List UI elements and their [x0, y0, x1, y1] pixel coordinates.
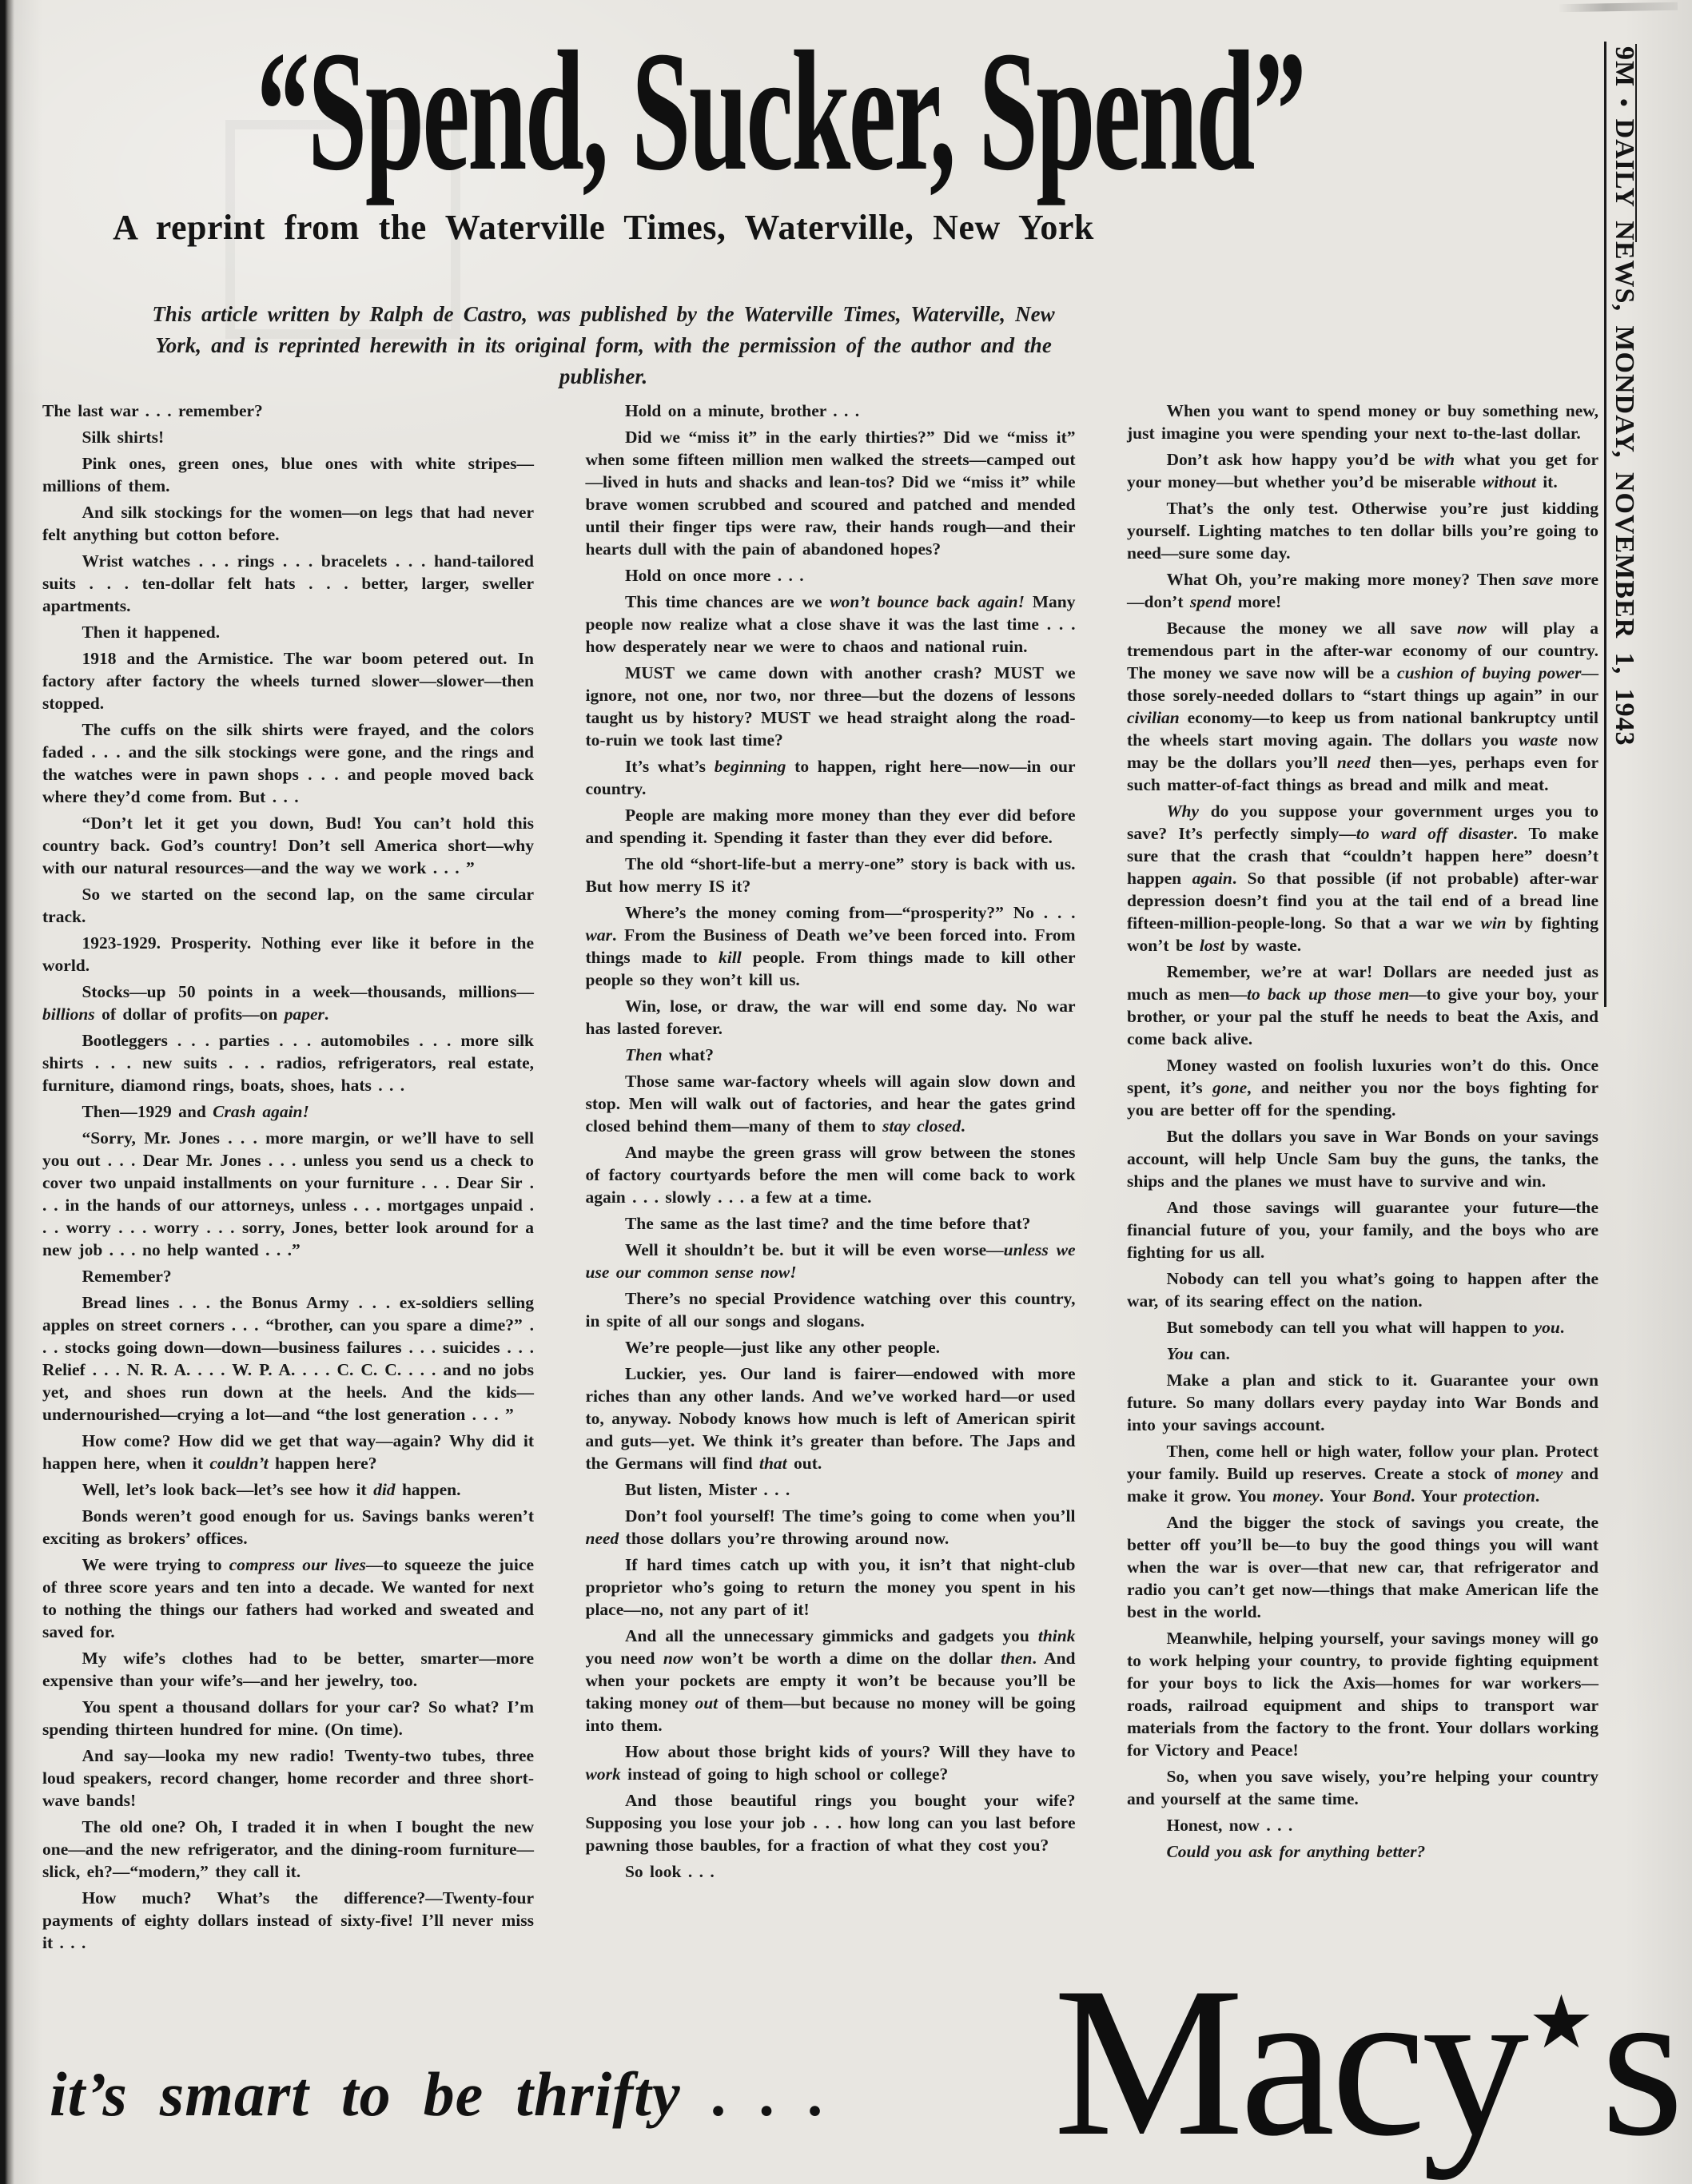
paragraph: And those savings will guarantee your fu… — [1127, 1196, 1598, 1263]
macys-logo-post: s — [1601, 1943, 1680, 2180]
macys-logo-pre: Macy — [1053, 1943, 1525, 2180]
paragraph: Hold on a minute, brother . . . — [586, 400, 1076, 422]
paragraph: And silk stockings for the women—on legs… — [42, 501, 534, 546]
scan-smudge-top-right — [1558, 2, 1678, 13]
paragraph: MUST we came down with another crash? MU… — [586, 662, 1076, 751]
paragraph: Honest, now . . . — [1127, 1814, 1598, 1836]
paragraph: The old “short-life-but a merry-one” sto… — [586, 853, 1076, 897]
paragraph: We’re people—just like any other people. — [586, 1336, 1076, 1359]
paragraph: My wife’s clothes had to be better, smar… — [42, 1647, 534, 1692]
paragraph: And those beautiful rings you bought you… — [586, 1789, 1076, 1856]
paragraph: Bonds weren’t good enough for us. Saving… — [42, 1505, 534, 1549]
paragraph: So look . . . — [586, 1860, 1076, 1883]
paragraph: Remember, we’re at war! Dollars are need… — [1127, 961, 1598, 1050]
paragraph: Don’t fool yourself! The time’s going to… — [586, 1505, 1076, 1549]
paragraph: How much? What’s the difference?—Twenty-… — [42, 1887, 534, 1954]
headline: “Spend, Sucker, Spend” — [257, 27, 950, 196]
paragraph: And all the unnecessary gimmicks and gad… — [586, 1625, 1076, 1736]
paragraph: Remember? — [42, 1265, 534, 1287]
ad-header: “Spend, Sucker, Spend” A reprint from th… — [44, 27, 1163, 392]
masthead-vertical: 9M•DAILY NEWS, MONDAY, NOVEMBER 1, 1943 — [1606, 46, 1639, 1005]
paragraph: Hold on once more . . . — [586, 564, 1076, 587]
paragraph: Well it shouldn’t be. but it will be eve… — [586, 1239, 1076, 1283]
article-column-1: The last war . . . remember?Silk shirts!… — [42, 400, 534, 1958]
paragraph: The same as the last time? and the time … — [586, 1212, 1076, 1235]
paragraph: Nobody can tell you what’s going to happ… — [1127, 1267, 1598, 1312]
paragraph: 1923-1929. Prosperity. Nothing ever like… — [42, 932, 534, 977]
tagline: it’s smart to be thrifty . . . — [50, 2063, 826, 2126]
article-column-2: Hold on a minute, brother . . .Did we “m… — [586, 400, 1076, 1958]
paragraph: And maybe the green grass will grow betw… — [586, 1141, 1076, 1208]
bullet-icon: • — [1610, 87, 1637, 119]
paragraph: Then what? — [586, 1044, 1076, 1066]
paragraph: Did we “miss it” in the early thirties?”… — [586, 426, 1076, 560]
paragraph: Why do you suppose your government urges… — [1127, 800, 1598, 957]
paragraph: But listen, Mister . . . — [586, 1478, 1076, 1501]
paragraph: So, when you save wisely, you’re helping… — [1127, 1765, 1598, 1810]
macys-logo: Macy★s — [1053, 1955, 1680, 2169]
paragraph: What Oh, you’re making more money? Then … — [1127, 568, 1598, 613]
paragraph: “Sorry, Mr. Jones . . . more margin, or … — [42, 1127, 534, 1261]
macys-star-icon: ★ — [1528, 1986, 1594, 2059]
paragraph: Stocks—up 50 points in a week—thousands,… — [42, 981, 534, 1025]
paragraph: When you want to spend money or buy some… — [1127, 400, 1598, 444]
scan-edge-left — [0, 0, 14, 2184]
paragraph: Wrist watches . . . rings . . . bracelet… — [42, 550, 534, 617]
paragraph: People are making more money than they e… — [586, 804, 1076, 849]
paragraph: Well, let’s look back—let’s see how it d… — [42, 1478, 534, 1501]
paragraph: Then, come hell or high water, follow yo… — [1127, 1440, 1598, 1507]
article-body: The last war . . . remember?Silk shirts!… — [42, 400, 1598, 1958]
paragraph: How come? How did we get that way—again?… — [42, 1430, 534, 1474]
article-column-3: When you want to spend money or buy some… — [1127, 400, 1598, 1958]
paragraph: It’s what’s beginning to happen, right h… — [586, 755, 1076, 800]
newspaper-page: “Spend, Sucker, Spend” A reprint from th… — [0, 0, 1692, 2184]
paragraph: There’s no special Providence watching o… — [586, 1287, 1076, 1332]
paragraph: Don’t ask how happy you’d be with what y… — [1127, 448, 1598, 493]
paragraph: Silk shirts! — [42, 426, 534, 448]
paragraph: Money wasted on foolish luxuries won’t d… — [1127, 1054, 1598, 1121]
paragraph: How about those bright kids of yours? Wi… — [586, 1740, 1076, 1785]
paragraph: But somebody can tell you what will happ… — [1127, 1316, 1598, 1339]
paragraph: Meanwhile, helping yourself, your saving… — [1127, 1627, 1598, 1761]
paragraph: Pink ones, green ones, blue ones with wh… — [42, 452, 534, 497]
intro-note: This article written by Ralph de Castro,… — [152, 299, 1055, 392]
paragraph: The cuffs on the silk shirts were frayed… — [42, 718, 534, 808]
paragraph: 1918 and the Armistice. The war boom pet… — [42, 647, 534, 714]
paragraph: Bread lines . . . the Bonus Army . . . e… — [42, 1291, 534, 1426]
paragraph: We were trying to compress our lives—to … — [42, 1553, 534, 1643]
paragraph: This time chances are we won’t bounce ba… — [586, 591, 1076, 658]
paragraph: Where’s the money coming from—“prosperit… — [586, 901, 1076, 991]
paragraph: You spent a thousand dollars for your ca… — [42, 1696, 534, 1740]
paragraph: Then it happened. — [42, 621, 534, 643]
paragraph: Then—1929 and Crash again! — [42, 1100, 534, 1123]
paragraph: Make a plan and stick to it. Guarantee y… — [1127, 1369, 1598, 1436]
paragraph: You can. — [1127, 1343, 1598, 1365]
paragraph: Win, lose, or draw, the war will end som… — [586, 995, 1076, 1040]
subtitle: A reprint from the Waterville Times, Wat… — [44, 207, 1163, 248]
paragraph: Because the money we all save now will p… — [1127, 617, 1598, 796]
paragraph: Luckier, yes. Our land is fairer—endowed… — [586, 1363, 1076, 1474]
paragraph: If hard times catch up with you, it isn’… — [586, 1553, 1076, 1621]
masthead-title: DAILY NEWS, MONDAY, NOVEMBER 1, 1943 — [1610, 119, 1639, 746]
paragraph: “Don’t let it get you down, Bud! You can… — [42, 812, 534, 879]
paragraph: And say—looka my new radio! Twenty-two t… — [42, 1744, 534, 1812]
paragraph: The last war . . . remember? — [42, 400, 534, 422]
edition-mark: 9M — [1610, 46, 1639, 87]
paragraph: That’s the only test. Otherwise you’re j… — [1127, 497, 1598, 564]
paragraph: The old one? Oh, I traded it in when I b… — [42, 1816, 534, 1883]
paragraph: Bootleggers . . . parties . . . automobi… — [42, 1029, 534, 1096]
paragraph: Those same war-factory wheels will again… — [586, 1070, 1076, 1137]
paragraph: Could you ask for anything better? — [1127, 1840, 1598, 1863]
paragraph: So we started on the second lap, on the … — [42, 883, 534, 928]
paragraph: But the dollars you save in War Bonds on… — [1127, 1125, 1598, 1192]
paragraph: And the bigger the stock of savings you … — [1127, 1511, 1598, 1623]
